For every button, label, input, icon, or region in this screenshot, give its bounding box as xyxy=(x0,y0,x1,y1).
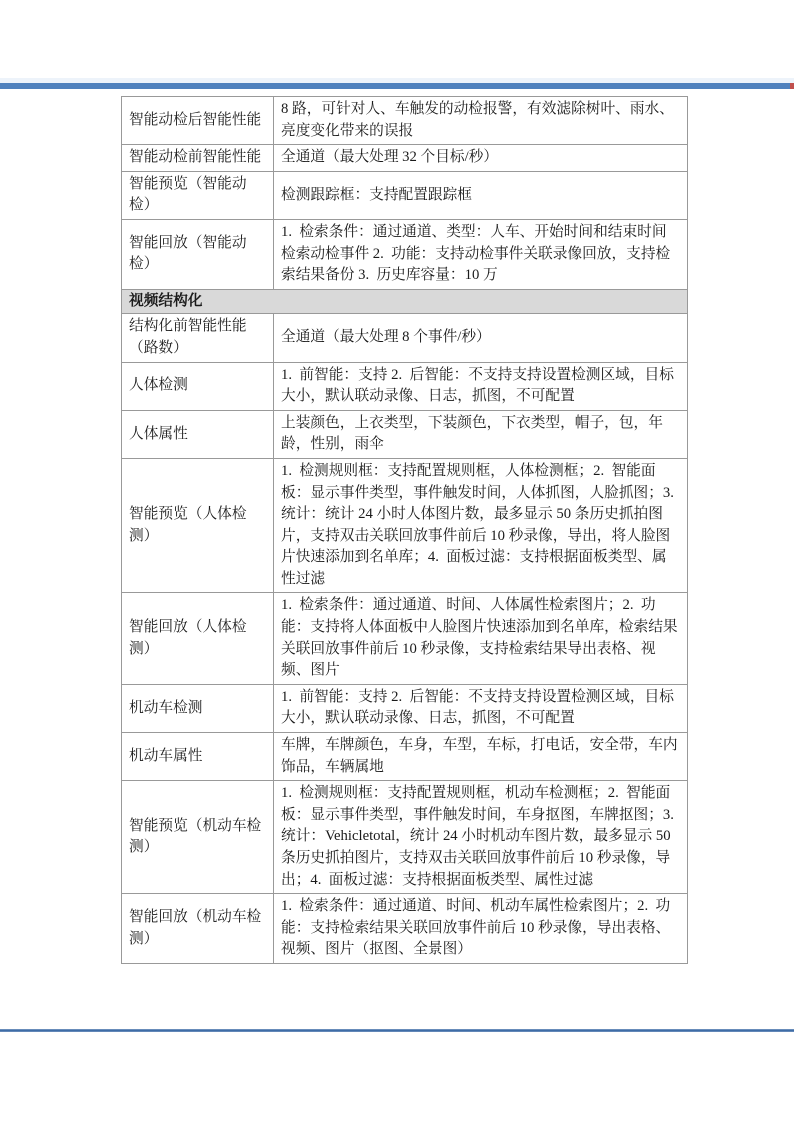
spec-value-cell: 1. 检索条件：通过通道、时间、机动车属性检索图片；2. 功能：支持检索结果关联… xyxy=(274,894,688,964)
table-row: 智能回放（机动车检测） 1. 检索条件：通过通道、时间、机动车属性检索图片；2.… xyxy=(122,894,688,964)
spec-label-cell: 结构化前智能性能（路数） xyxy=(122,314,274,362)
spec-label-cell: 人体属性 xyxy=(122,410,274,458)
spec-label-cell: 智能预览（人体检测） xyxy=(122,458,274,593)
spec-value-cell: 全通道（最大处理 8 个事件/秒） xyxy=(274,314,688,362)
table-row: 智能动检后智能性能 8 路，可针对人、车触发的动检报警，有效滤除树叶、雨水、亮度… xyxy=(122,97,688,145)
top-rule-red-cap xyxy=(790,83,794,89)
table-row: 智能预览（智能动检） 检测跟踪框：支持配置跟踪框 xyxy=(122,171,688,219)
spec-value-cell: 1. 检测规则框：支持配置规则框，机动车检测框；2. 智能面板：显示事件类型，事… xyxy=(274,781,688,894)
spec-label-cell: 智能预览（机动车检测） xyxy=(122,781,274,894)
spec-label-cell: 智能回放（机动车检测） xyxy=(122,894,274,964)
table-row: 结构化前智能性能（路数） 全通道（最大处理 8 个事件/秒） xyxy=(122,314,688,362)
spec-label-cell: 机动车检测 xyxy=(122,684,274,732)
spec-label-cell: 人体检测 xyxy=(122,362,274,410)
spec-value-cell: 上装颜色，上衣类型，下装颜色，下衣类型，帽子，包，年龄，性别，雨伞 xyxy=(274,410,688,458)
table-row: 机动车检测 1. 前智能：支持 2. 后智能：不支持支持设置检测区域，目标大小，… xyxy=(122,684,688,732)
spec-value-cell: 1. 检索条件：通过通道、类型：人车、开始时间和结束时间检索动检事件 2. 功能… xyxy=(274,219,688,289)
spec-value-cell: 8 路，可针对人、车触发的动检报警，有效滤除树叶、雨水、亮度变化带来的误报 xyxy=(274,97,688,145)
spec-label-cell: 智能回放（人体检测） xyxy=(122,593,274,684)
spec-label-cell: 智能动检前智能性能 xyxy=(122,145,274,172)
section-title: 视频结构化 xyxy=(122,289,688,314)
table-row: 机动车属性 车牌，车牌颜色，车身，车型，车标，打电话，安全带，车内饰品，车辆属地 xyxy=(122,733,688,781)
spec-table: 智能动检后智能性能 8 路，可针对人、车触发的动检报警，有效滤除树叶、雨水、亮度… xyxy=(121,96,688,964)
table-row: 智能动检前智能性能 全通道（最大处理 32 个目标/秒） xyxy=(122,145,688,172)
bottom-horizontal-rule xyxy=(0,1029,794,1032)
top-horizontal-rule xyxy=(0,83,794,89)
table-row: 人体属性 上装颜色，上衣类型，下装颜色，下衣类型，帽子，包，年龄，性别，雨伞 xyxy=(122,410,688,458)
spec-label-cell: 智能动检后智能性能 xyxy=(122,97,274,145)
spec-value-cell: 1. 前智能：支持 2. 后智能：不支持支持设置检测区域，目标大小，默认联动录像… xyxy=(274,684,688,732)
table-section-header-row: 视频结构化 xyxy=(122,289,688,314)
document-page: 智能动检后智能性能 8 路，可针对人、车触发的动检报警，有效滤除树叶、雨水、亮度… xyxy=(0,0,794,1123)
spec-label-cell: 智能预览（智能动检） xyxy=(122,171,274,219)
table-row: 智能回放（人体检测） 1. 检索条件：通过通道、时间、人体属性检索图片；2. 功… xyxy=(122,593,688,684)
table-row: 智能预览（机动车检测） 1. 检测规则框：支持配置规则框，机动车检测框；2. 智… xyxy=(122,781,688,894)
table-row: 人体检测 1. 前智能：支持 2. 后智能：不支持支持设置检测区域，目标大小，默… xyxy=(122,362,688,410)
spec-value-cell: 1. 检测规则框：支持配置规则框，人体检测框；2. 智能面板：显示事件类型，事件… xyxy=(274,458,688,593)
table-row: 智能预览（人体检测） 1. 检测规则框：支持配置规则框，人体检测框；2. 智能面… xyxy=(122,458,688,593)
spec-label-cell: 机动车属性 xyxy=(122,733,274,781)
spec-label-cell: 智能回放（智能动检） xyxy=(122,219,274,289)
spec-value-cell: 检测跟踪框：支持配置跟踪框 xyxy=(274,171,688,219)
spec-value-cell: 车牌，车牌颜色，车身，车型，车标，打电话，安全带，车内饰品，车辆属地 xyxy=(274,733,688,781)
spec-value-cell: 1. 前智能：支持 2. 后智能：不支持支持设置检测区域，目标大小，默认联动录像… xyxy=(274,362,688,410)
spec-value-cell: 1. 检索条件：通过通道、时间、人体属性检索图片；2. 功能：支持将人体面板中人… xyxy=(274,593,688,684)
table-row: 智能回放（智能动检） 1. 检索条件：通过通道、类型：人车、开始时间和结束时间检… xyxy=(122,219,688,289)
spec-value-cell: 全通道（最大处理 32 个目标/秒） xyxy=(274,145,688,172)
